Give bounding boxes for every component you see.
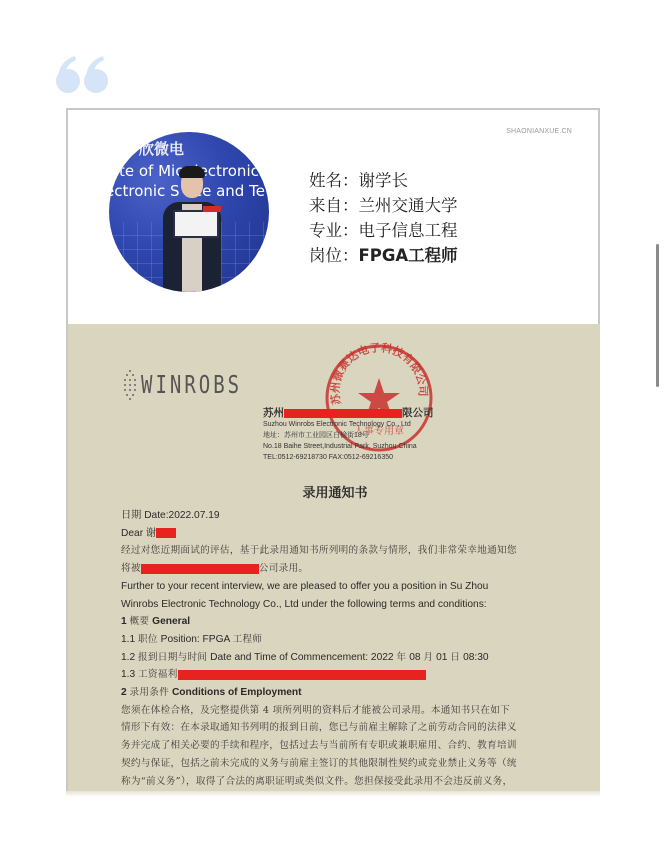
item-commencement: 1.2 报到日期与时间 Date and Time of Commencemen…: [121, 649, 591, 667]
item-position: 1.1 职位 Position: FPGA 工程师: [121, 631, 591, 649]
intro-prefix: 将被: [121, 563, 141, 574]
intro-en-1: Further to your recent interview, we are…: [121, 578, 591, 596]
certificate: [173, 210, 219, 238]
section-en: General: [152, 616, 190, 627]
offer-letter-image: WINROBS 苏州微赛达电子科技有限公司 人事专用章 苏州限公司 Suzhou…: [66, 324, 600, 791]
conditions-line: 称为“前义务”），取得了合法的离职证明或类似文件。您担保接受此录用不会违反前义务…: [121, 773, 591, 791]
conditions-line: 务并完成了相关必要的手续和程序，包括过去与当前所有专职或兼职雇用、合约、教育培训: [121, 737, 591, 755]
redaction-bar: [156, 528, 176, 538]
day-value: 01: [436, 652, 447, 663]
item-cn: 职位: [138, 634, 158, 645]
field-name: 姓名：谢学长: [309, 168, 458, 193]
profile-card: SHAONIANXUE.CN 欣微电 te of Micr lectronics…: [66, 108, 600, 324]
field-value: 谢学长: [359, 171, 409, 190]
item-en: Position: FPGA: [161, 634, 230, 645]
field-label: 专业：: [309, 221, 359, 240]
image-bottom-edge: [66, 791, 600, 797]
letter-body: 日期 Date:2022.07.19 Dear 谢 经过对您近期面试的评估，基于…: [121, 507, 591, 791]
company-header: 苏州限公司 Suzhou Winrobs Electronic Technolo…: [263, 408, 434, 463]
month-value: 08: [409, 652, 420, 663]
section-cn: 录用条件: [130, 687, 170, 698]
day-char: 日: [450, 652, 460, 663]
greeting-line: Dear 谢: [121, 525, 591, 543]
item-cn: 报到日期与时间: [138, 652, 207, 663]
intro-cn-1: 经过对您近期面试的评估，基于此录用通知书所列明的条款与情形，我们非常荣幸地通知您: [121, 542, 591, 560]
greeting: Dear 谢: [121, 528, 156, 539]
winrobs-logo-icon: [123, 369, 137, 401]
item-salary: 1.3 工资福利: [121, 666, 591, 684]
section-en: Conditions of Employment: [172, 687, 302, 698]
item-num: 1.2: [121, 652, 135, 663]
item-num: 1.3: [121, 669, 135, 680]
certificate-tag: [203, 206, 221, 212]
date-line: 日期 Date:2022.07.19: [121, 507, 591, 525]
item-cn: 工资福利: [138, 669, 178, 680]
year-char: 年: [396, 652, 406, 663]
company-name-cn: 苏州: [263, 407, 284, 419]
field-major: 专业：电子信息工程: [309, 218, 458, 243]
section-num: 1: [121, 616, 127, 627]
intro-en-2: Winrobs Electronic Technology Co., Ltd u…: [121, 596, 591, 614]
watermark: SHAONIANXUE.CN: [506, 128, 572, 135]
conditions-line: 契约与保证，包括之前未完成的义务与前雇主签订的其他限制性契约或竞业禁止义务等（统: [121, 755, 591, 773]
profile-info: 姓名：谢学长 来自：兰州交通大学 专业：电子信息工程 岗位：FPGA工程师: [309, 168, 458, 268]
logo-text: WINROBS: [141, 371, 242, 400]
section-cn: 概要: [130, 616, 150, 627]
section-num: 2: [121, 687, 127, 698]
field-position: 岗位：FPGA工程师: [309, 243, 458, 268]
section-general: 1 概要 General: [121, 613, 591, 631]
company-contact: TEL:0512-69218730 FAX:0512-69216350: [263, 452, 434, 463]
redaction-bar: [178, 670, 426, 680]
company-name-en: Suzhou Winrobs Electronic Technology Co.…: [263, 419, 434, 430]
field-value: 兰州交通大学: [359, 196, 458, 215]
item-en: Date and Time of Commencement: 2022: [210, 652, 393, 663]
company-name-cn-suffix: 限公司: [402, 407, 434, 419]
conditions-line: 情形下有效：在本录取通知书列明的报到日前，您已与前雇主解除了之前劳动合同的法律义: [121, 719, 591, 737]
company-address-en: No.18 Baihe Street,Industrial Park, Suzh…: [263, 441, 434, 452]
person-hair: [179, 166, 205, 178]
time-value: 08:30: [463, 652, 489, 663]
redaction-bar: [141, 564, 259, 574]
scrollbar[interactable]: [656, 244, 659, 387]
intro-cn-2: 将被公司录用。: [121, 560, 591, 578]
field-value: 电子信息工程: [359, 221, 458, 240]
quote-open-icon: [55, 55, 111, 95]
intro-suffix: 公司录用。: [259, 563, 308, 574]
company-logo: WINROBS: [123, 369, 242, 401]
document-title: 录用通知书: [68, 482, 600, 501]
field-value: FPGA工程师: [359, 246, 458, 265]
field-label: 姓名：: [309, 171, 359, 190]
field-label: 来自：: [309, 196, 359, 215]
field-label: 岗位：: [309, 246, 359, 265]
company-address-cn: 地址：苏州市工业园区白榆街18号: [263, 430, 434, 441]
avatar: 欣微电 te of Micr lectronics ectronic S nce…: [109, 132, 269, 292]
item-num: 1.1: [121, 634, 135, 645]
field-school: 来自：兰州交通大学: [309, 193, 458, 218]
avatar-banner-line: 欣微电: [139, 138, 184, 159]
conditions-line: 您须在体检合格，及完整提供第 4 项所列明的资料后才能被公司录用。本通知书只在如…: [121, 702, 591, 720]
redaction-bar: [284, 409, 402, 418]
month-char: 月: [423, 652, 433, 663]
item-cn2: 工程师: [233, 634, 263, 645]
section-conditions: 2 录用条件 Conditions of Employment: [121, 684, 591, 702]
